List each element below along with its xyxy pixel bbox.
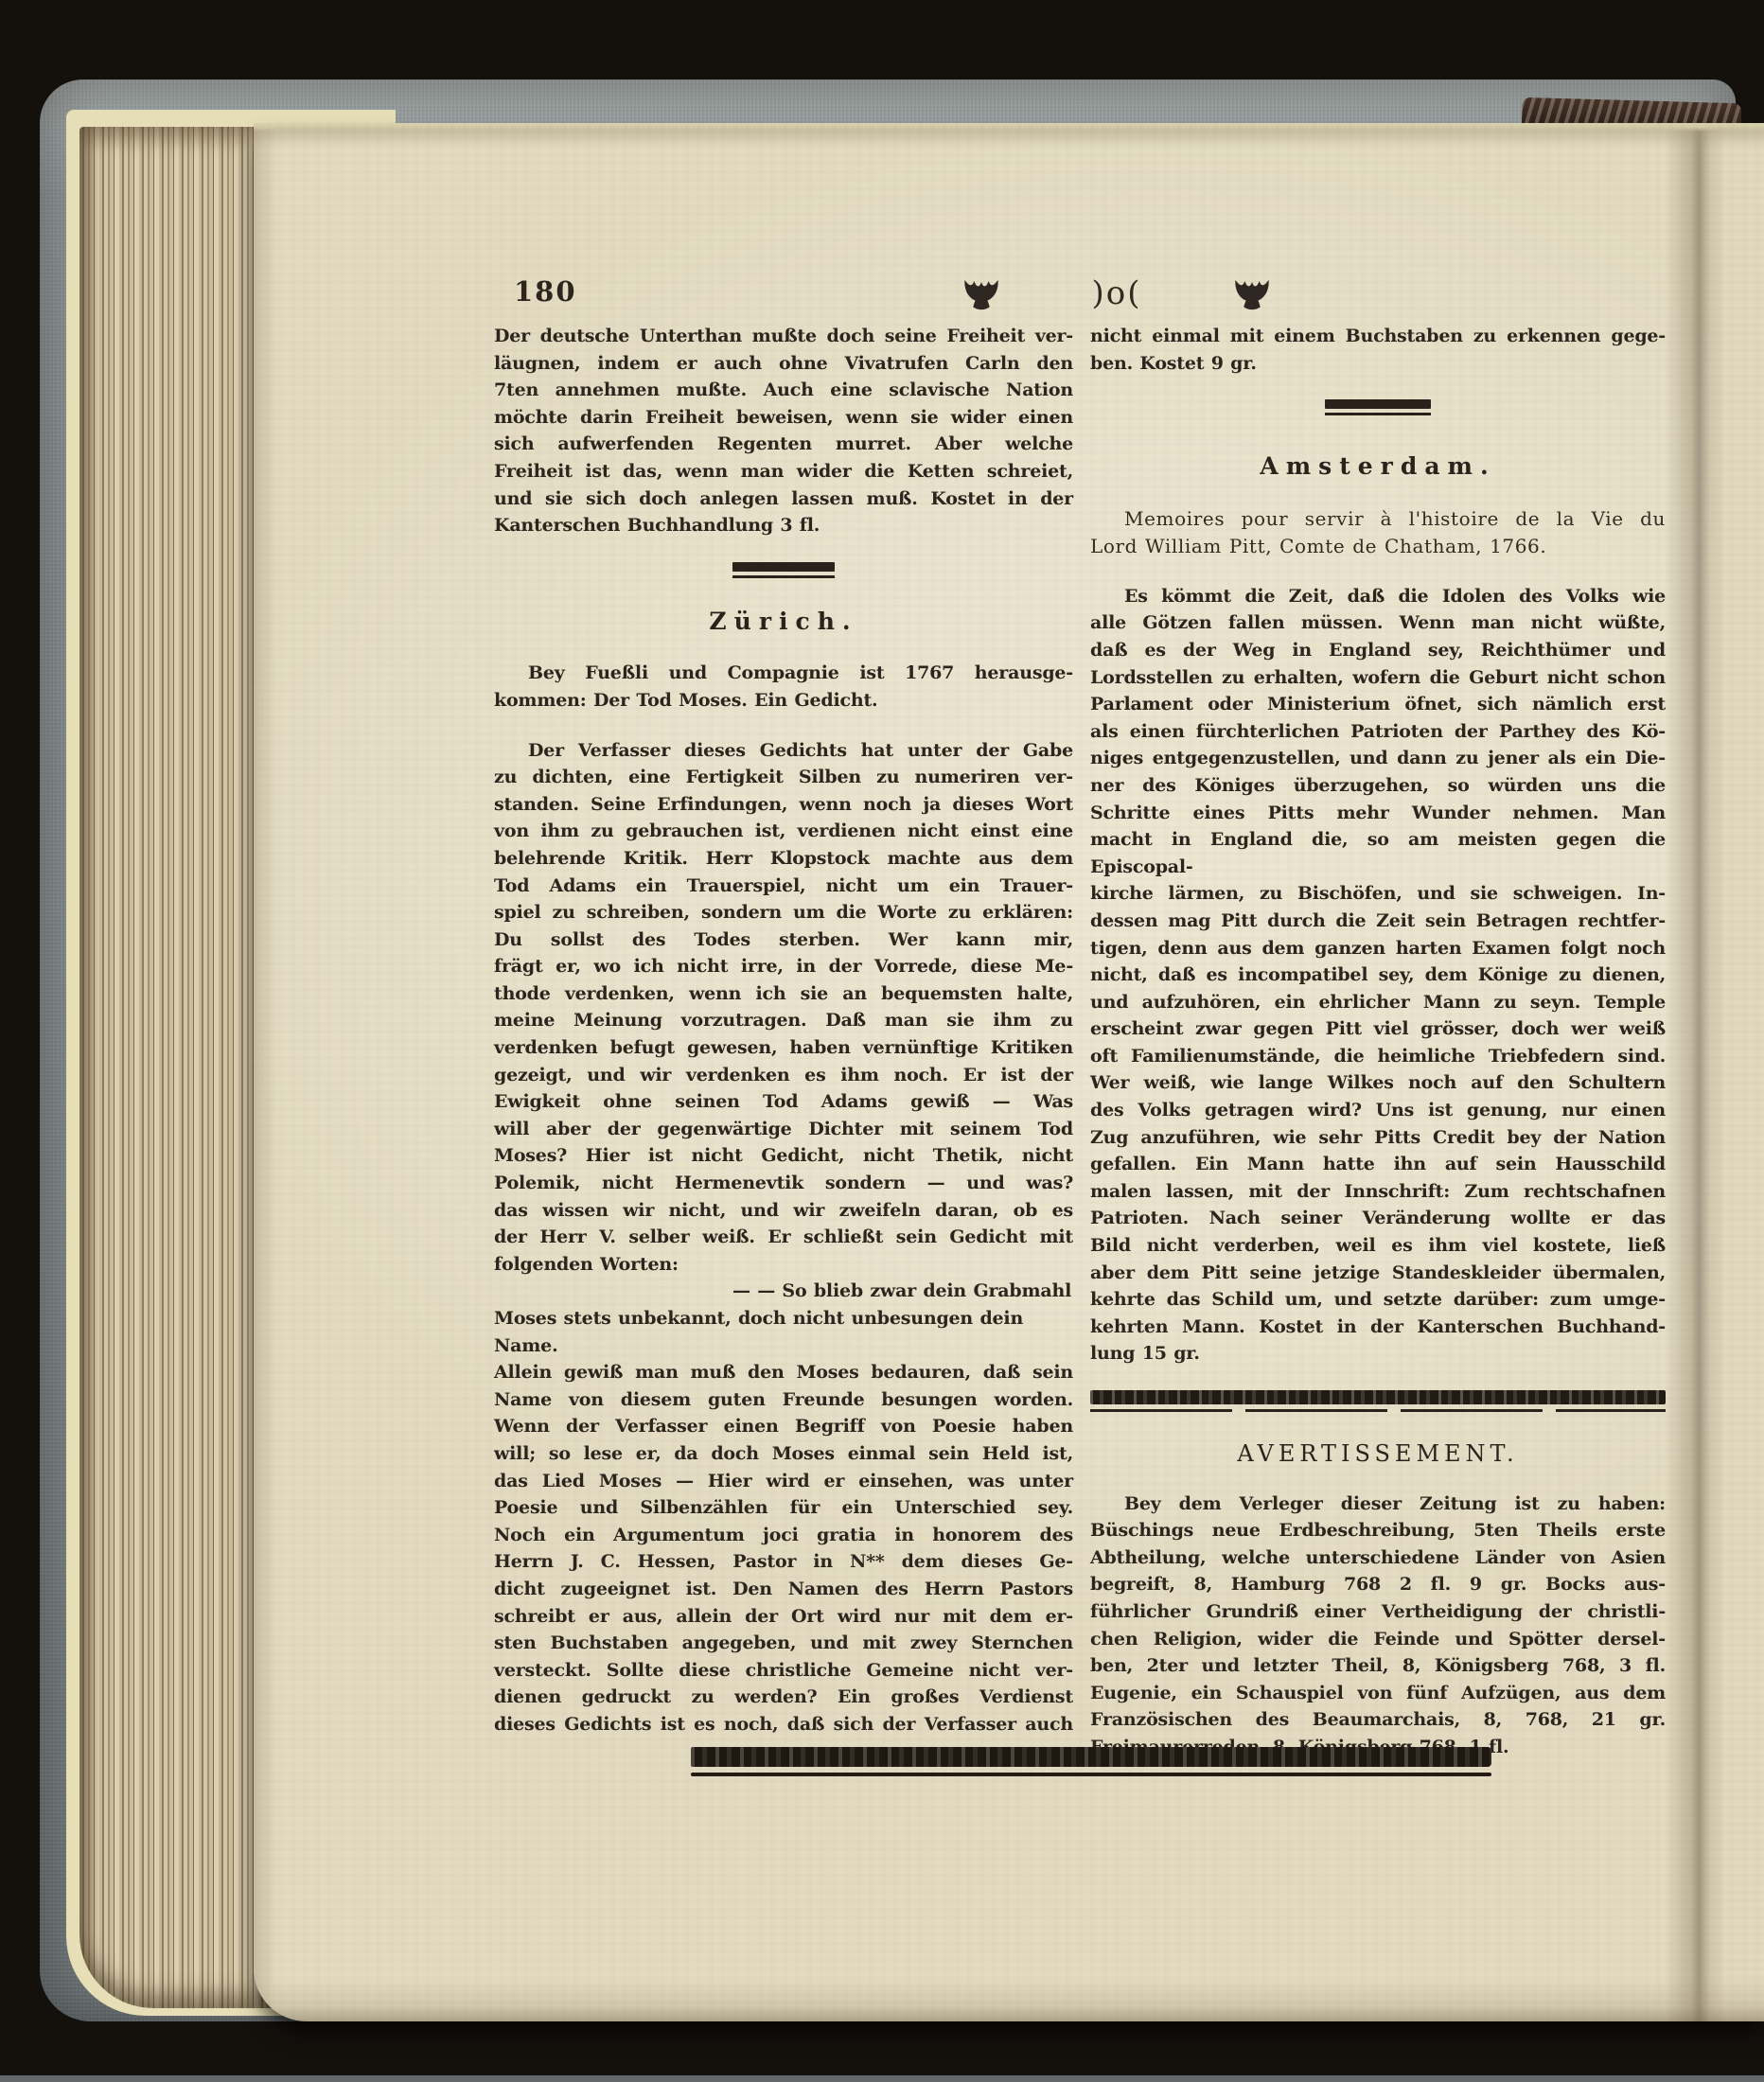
text-line: das wissen wir nicht, und wir zweifeln d… — [494, 1197, 1073, 1225]
ornamental-rule — [1090, 1390, 1666, 1412]
shell-ornament-icon — [960, 273, 1003, 314]
text-line: dessen mag Pitt durch die Zeit sein Betr… — [1090, 908, 1666, 935]
text-line: und sie sich doch anlegen lassen muß. Ko… — [494, 485, 1073, 513]
text-line: als einen fürchterlichen Patrioten der P… — [1090, 718, 1666, 746]
text-line: Abtheilung, welche unterschiedene Länder… — [1090, 1544, 1666, 1572]
header-ornaments: )o( — [960, 269, 1274, 318]
divider-thick-rule — [1325, 399, 1431, 409]
text-line: Französischen des Beaumarchais, 8, 768, … — [1090, 1706, 1666, 1734]
page-end-rule-bar — [691, 1747, 1491, 1767]
text-line: erscheint zwar gegen Pitt viel grösser, … — [1090, 1015, 1666, 1043]
text-line: Bey Fueßli und Compagnie ist 1767 heraus… — [494, 660, 1073, 687]
page-end-rule-thin — [691, 1773, 1491, 1776]
text-line: Moses? Hier ist nicht Gedicht, nicht The… — [494, 1142, 1073, 1170]
text-line: nicht einmal mit einem Buchstaben zu erk… — [1090, 323, 1666, 350]
right-column: nicht einmal mit einem Buchstaben zu erk… — [1090, 323, 1666, 1761]
text-line: Herrn J. C. Hessen, Pastor in N** dem di… — [494, 1548, 1073, 1576]
text-line: Lordsstellen zu erhalten, wofern die Geb… — [1090, 664, 1666, 692]
signature-mark: )o( — [1092, 274, 1142, 312]
text-line: Kanterschen Buchhandlung 3 fl. — [494, 512, 1073, 539]
text-line: Moses stets unbekannt, doch nicht unbesu… — [494, 1305, 1073, 1359]
text-line: Der Verfasser dieses Gedichts hat unter … — [494, 737, 1073, 765]
text-line: der Herr V. selber weiß. Er schließt sei… — [494, 1224, 1073, 1251]
section-heading-zurich: Zürich. — [494, 609, 1073, 636]
paragraph-zurich-review: Der Verfasser dieses Gedichts hat unter … — [494, 737, 1073, 1279]
text-line: tigen, denn aus dem ganzen harten Examen… — [1090, 935, 1666, 962]
text-line: das Lied Moses — Hier wird er einsehen, … — [494, 1468, 1073, 1495]
text-line: Memoires pour servir à l'histoire de la … — [1090, 505, 1666, 533]
text-line: schreibt er aus, allein der Ort wird nur… — [494, 1603, 1073, 1631]
text-line: kommen: Der Tod Moses. Ein Gedicht. — [494, 687, 1073, 715]
text-line: Wer weiß, wie lange Wilkes noch auf den … — [1090, 1069, 1666, 1097]
text-line: des Volks getragen wird? Uns ist genung,… — [1090, 1097, 1666, 1124]
verse-quotation: — — So blieb zwar dein GrabmahlMoses ste… — [494, 1278, 1073, 1359]
text-line: niges entgegenzustellen, und dann zu jen… — [1090, 745, 1666, 772]
text-line: versteckt. Sollte diese christliche Geme… — [494, 1657, 1073, 1685]
text-line: Bild nicht verderben, weil es ihm viel k… — [1090, 1232, 1666, 1260]
text-line: macht in England die, so am meisten gege… — [1090, 826, 1666, 880]
text-line: frägt er, wo ich nicht irre, in der Vorr… — [494, 953, 1073, 980]
text-line: Tod Adams ein Trauerspiel, nicht um ein … — [494, 873, 1073, 900]
text-line: Der deutsche Unterthan mußte doch seine … — [494, 323, 1073, 350]
paragraph-zurich-announcement: Bey Fueßli und Compagnie ist 1767 heraus… — [494, 660, 1073, 714]
text-line: Name von diesem guten Freunde besungen w… — [494, 1386, 1073, 1414]
paragraph-continuation-left: Der deutsche Unterthan mußte doch seine … — [494, 323, 1073, 539]
text-line: Noch ein Argumentum joci gratia in honor… — [494, 1522, 1073, 1549]
ornamental-rule-thin — [1090, 1409, 1666, 1412]
text-line: lung 15 gr. — [1090, 1340, 1666, 1367]
text-line: kehrten Mann. Kostet in der Kanterschen … — [1090, 1314, 1666, 1341]
paragraph-avertissement-body: Bey dem Verleger dieser Zeitung ist zu h… — [1090, 1491, 1666, 1761]
text-line: Eugenie, ein Schauspiel von fünf Aufzüge… — [1090, 1680, 1666, 1707]
text-line: möchte darin Freiheit beweisen, wenn sie… — [494, 404, 1073, 432]
text-line: Zug anzuführen, wie sehr Pitts Credit be… — [1090, 1124, 1666, 1152]
text-line: daß es der Weg in England sey, Reichthüm… — [1090, 637, 1666, 664]
text-line: kirche lärmen, zu Bischöfen, und sie sch… — [1090, 880, 1666, 908]
section-divider — [1325, 399, 1431, 415]
text-line: nicht, daß es incompatibel sey, dem Köni… — [1090, 962, 1666, 989]
text-line: Freiheit ist das, wenn man wider die Ket… — [494, 458, 1073, 485]
text-line: will aber der gegenwärtige Dichter mit s… — [494, 1116, 1073, 1143]
text-line: begreift, 8, Hamburg 768 2 fl. 9 gr. Boc… — [1090, 1571, 1666, 1598]
section-divider — [732, 562, 835, 578]
text-line: gezeigt, und wir verdenken es ihm noch. … — [494, 1062, 1073, 1089]
printed-content: 180 )o( — [0, 0, 1764, 2082]
text-line: Lord William Pitt, Comte de Chatham, 176… — [1090, 533, 1666, 560]
text-line: 7ten annehmen mußte. Auch eine sclavisch… — [494, 377, 1073, 404]
divider-thin-rule — [1325, 413, 1431, 415]
text-line: — — So blieb zwar dein Grabmahl — [494, 1278, 1073, 1305]
text-line: Du sollst des Todes sterben. Wer kann mi… — [494, 926, 1073, 954]
paragraph-amsterdam-body: Es kömmt die Zeit, daß die Idolen des Vo… — [1090, 583, 1666, 1367]
text-line: oft Familienumstände, die heimliche Trie… — [1090, 1043, 1666, 1070]
shell-ornament-icon — [1230, 273, 1274, 314]
paragraph-continuation-right: nicht einmal mit einem Buchstaben zu erk… — [1090, 323, 1666, 377]
text-line: von ihm zu gebrauchen ist, verdienen nic… — [494, 818, 1073, 845]
text-line: gefallen. Ein Mann hatte ihn auf sein Ha… — [1090, 1151, 1666, 1178]
text-line: will; so lese er, da doch Moses einmal s… — [494, 1440, 1073, 1468]
text-line: ner des Königes überzugehen, so würden u… — [1090, 772, 1666, 800]
text-line: verdenken befugt gewesen, haben vernünft… — [494, 1034, 1073, 1062]
text-line: kehrte das Schild um, und setzte darüber… — [1090, 1286, 1666, 1314]
text-line: Es kömmt die Zeit, daß die Idolen des Vo… — [1090, 583, 1666, 610]
text-line: sich aufwerfenden Regenten murret. Aber … — [494, 431, 1073, 458]
text-line: dienen gedruckt zu werden? Ein großes Ve… — [494, 1684, 1073, 1711]
text-line: Schritte eines Pitts mehr Wunder nehmen.… — [1090, 800, 1666, 827]
text-line: belehrende Kritik. Herr Klopstock machte… — [494, 845, 1073, 873]
text-line: zu dichten, eine Fertigkeit Silben zu nu… — [494, 764, 1073, 791]
text-line: sten Buchstaben angegeben, und mit zwey … — [494, 1630, 1073, 1657]
page-end-rule — [691, 1747, 1491, 1776]
text-line: Patrioten. Nach seiner Veränderung wollt… — [1090, 1205, 1666, 1232]
text-line: Parlament oder Ministerium öfnet, sich n… — [1090, 691, 1666, 718]
text-line: und aufzuhören, ein ehrlicher Mann zu se… — [1090, 989, 1666, 1016]
text-line: führlicher Grundriß einer Vertheidigung … — [1090, 1598, 1666, 1626]
text-line: ben, 2ter und letzter Theil, 8, Königsbe… — [1090, 1652, 1666, 1680]
text-line: Büschings neue Erdbeschreibung, 5ten The… — [1090, 1517, 1666, 1544]
text-line: standen. Seine Erfindungen, wenn noch ja… — [494, 791, 1073, 819]
divider-thin-rule — [732, 575, 835, 578]
text-line: alle Götzen fallen müssen. Wenn man nich… — [1090, 609, 1666, 637]
text-line: dieses Gedichts ist es noch, daß sich de… — [494, 1711, 1073, 1738]
text-line: aber dem Pitt seine jetzige Standeskleid… — [1090, 1260, 1666, 1287]
ornamental-rule-bar — [1090, 1390, 1666, 1404]
text-line: malen lassen, mit der Innschrift: Zum re… — [1090, 1178, 1666, 1206]
text-line: spiel zu schreiben, sondern um die Worte… — [494, 899, 1073, 926]
section-heading-amsterdam: Amsterdam. — [1090, 453, 1666, 481]
text-line: Poesie und Silbenzählen für ein Untersch… — [494, 1494, 1073, 1522]
left-column: Der deutsche Unterthan mußte doch seine … — [494, 323, 1073, 1738]
paragraph-book-title-french: Memoires pour servir à l'histoire de la … — [1090, 505, 1666, 560]
text-line: Ewigkeit ohne seinen Tod Adams gewiß — W… — [494, 1088, 1073, 1116]
paragraph-zurich-review-continued: Allein gewiß man muß den Moses bedauren,… — [494, 1359, 1073, 1738]
text-line: läugnen, indem er auch ohne Vivatrufen C… — [494, 350, 1073, 378]
text-line: dicht zugeeignet ist. Den Namen des Herr… — [494, 1576, 1073, 1603]
section-heading-avertissement: AVERTISSEMENT. — [1090, 1440, 1666, 1468]
text-line: Polemik, nicht Hermenevtik sondern — und… — [494, 1170, 1073, 1197]
text-line: thode verdenken, wenn ich sie an bequems… — [494, 980, 1073, 1008]
divider-thick-rule — [732, 562, 835, 572]
text-line: meine Meinung vorzutragen. Daß man sie i… — [494, 1007, 1073, 1034]
text-line: folgenden Worten: — [494, 1251, 1073, 1279]
page-number: 180 — [514, 275, 577, 308]
text-line: ben. Kostet 9 gr. — [1090, 350, 1666, 378]
text-line: chen Religion, wider die Feinde und Spöt… — [1090, 1626, 1666, 1653]
text-line: Bey dem Verleger dieser Zeitung ist zu h… — [1090, 1491, 1666, 1518]
text-line: Wenn der Verfasser einen Begriff von Poe… — [494, 1413, 1073, 1440]
book-photo-stage: 180 )o( — [0, 0, 1764, 2082]
text-line: Allein gewiß man muß den Moses bedauren,… — [494, 1359, 1073, 1386]
